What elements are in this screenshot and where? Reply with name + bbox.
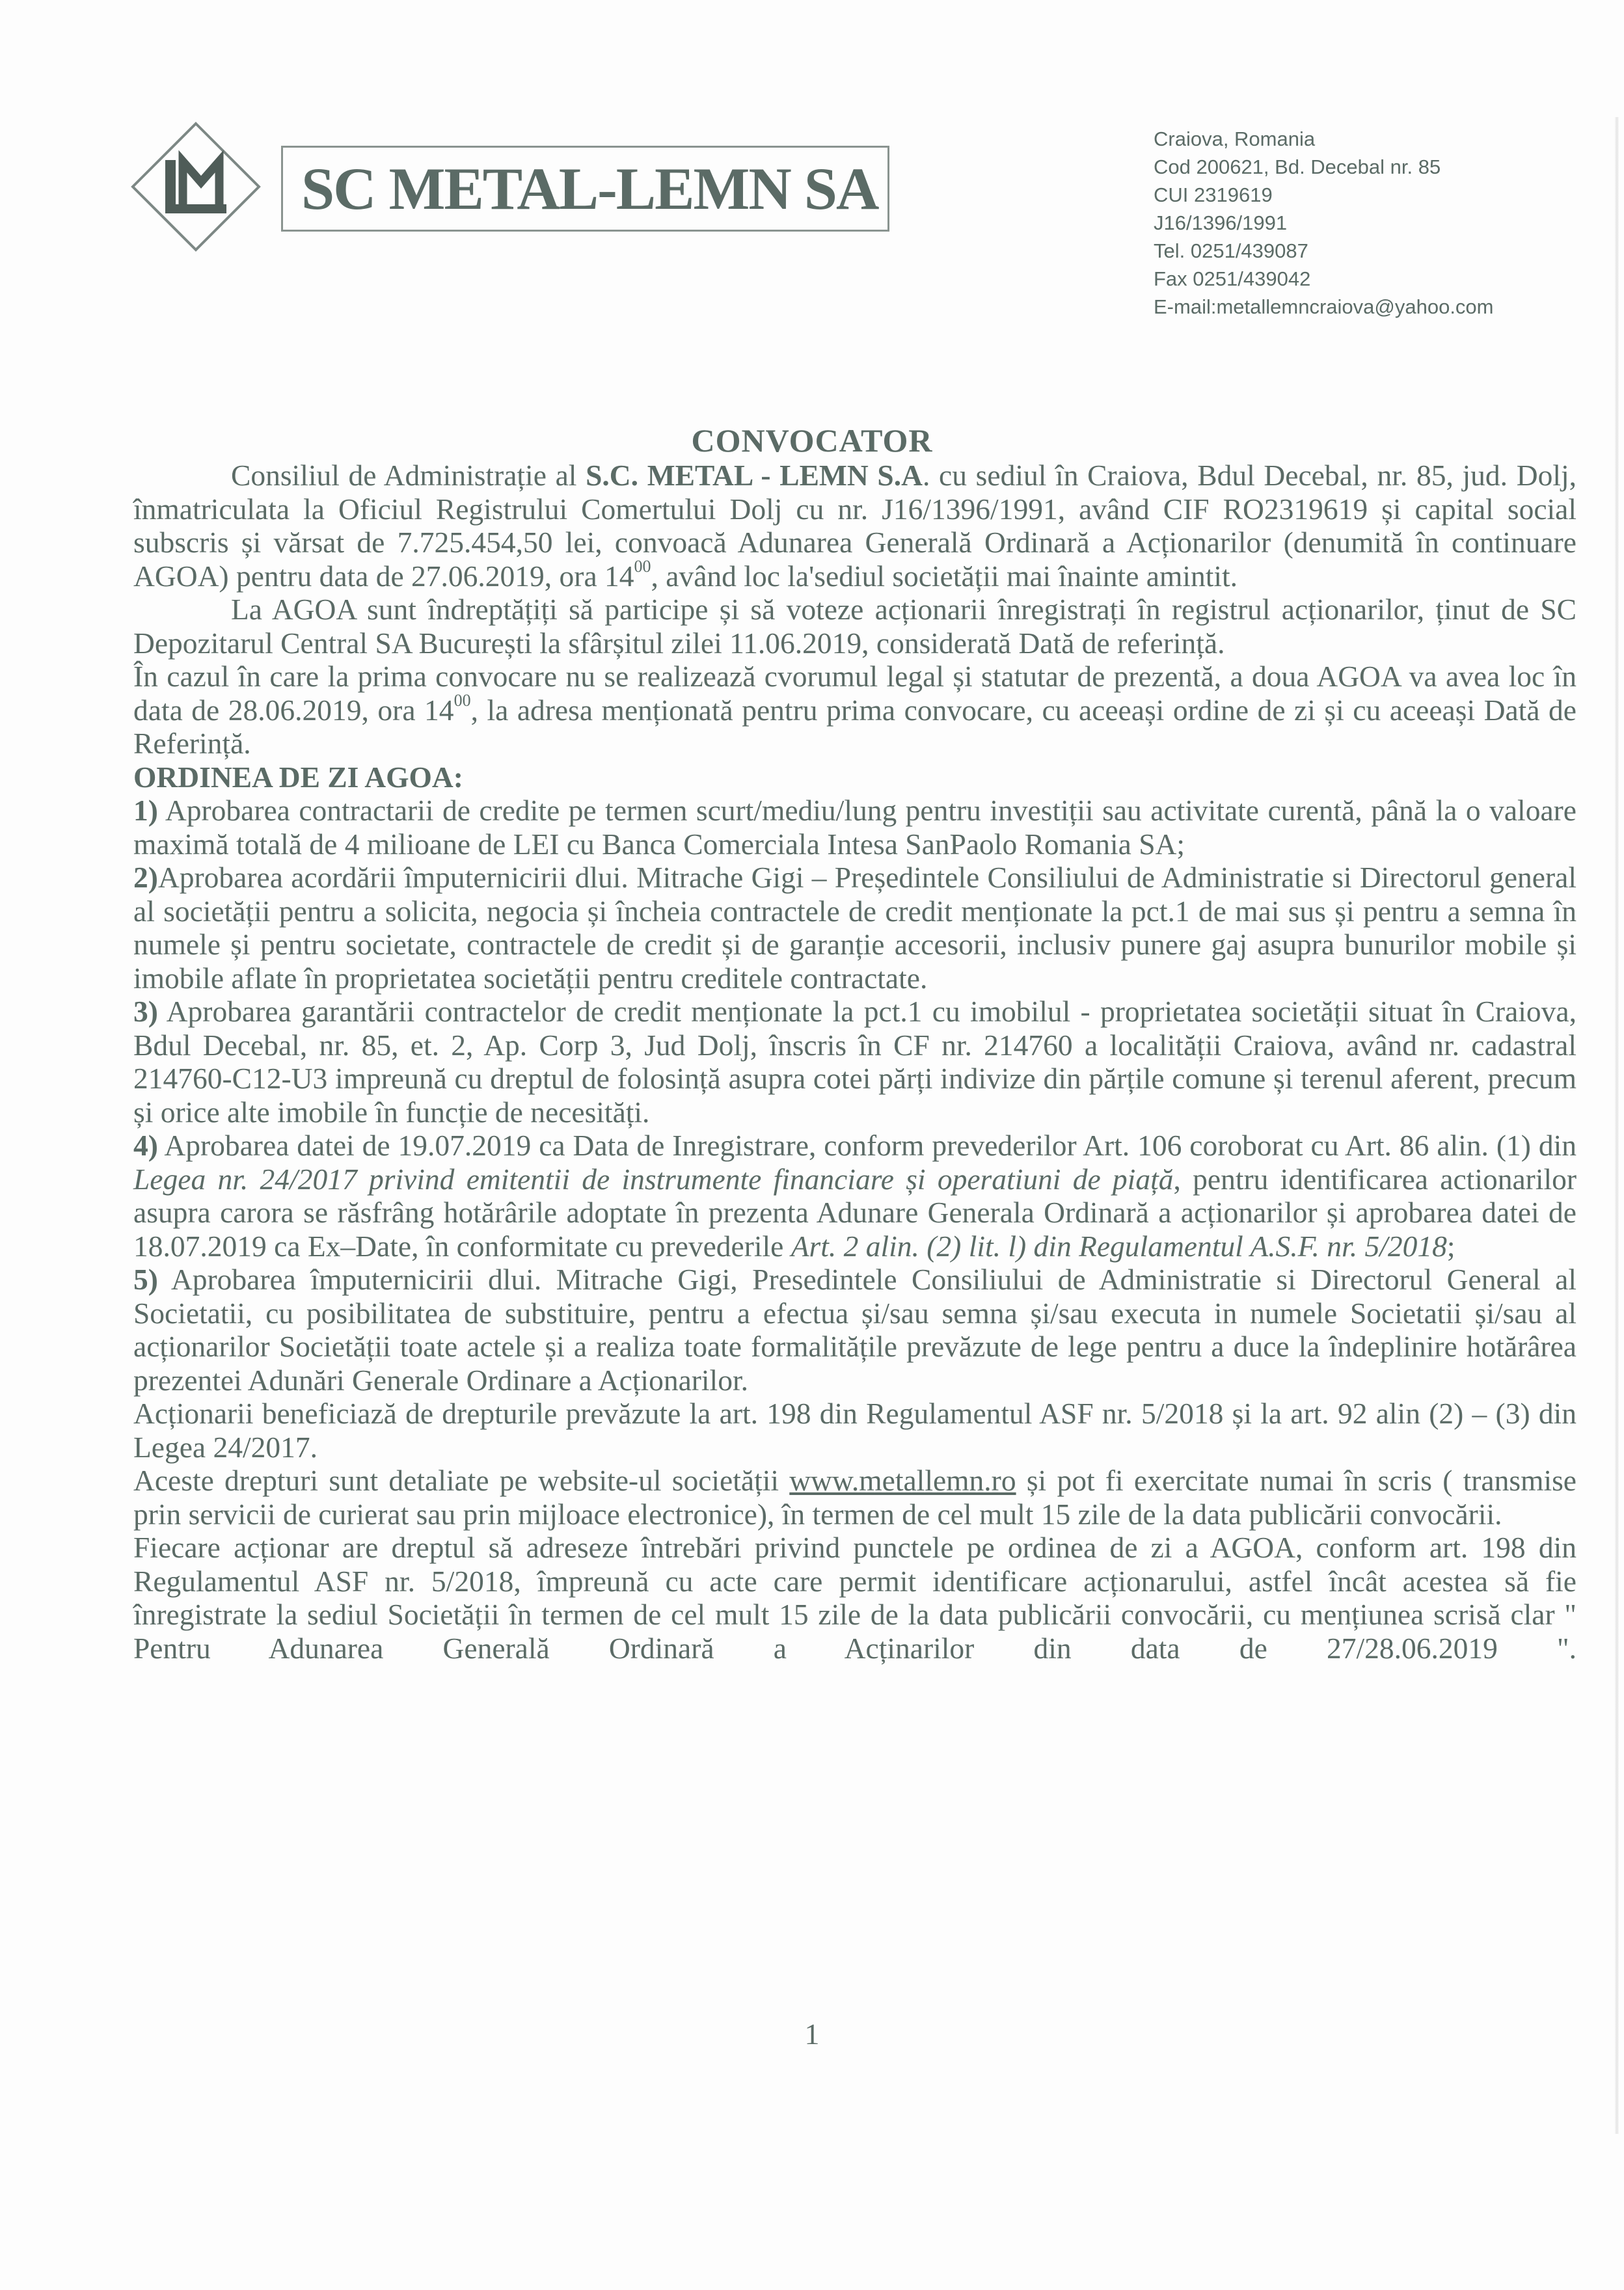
second-call-time-superscript: 00 xyxy=(454,691,471,710)
contact-city: Craiova, Romania xyxy=(1154,125,1494,153)
rights-paragraph: Acționarii beneficiază de drepturile pre… xyxy=(133,1397,1577,1464)
scan-edge-shadow xyxy=(1615,117,1619,2134)
intro-company-name: S.C. METAL - LEMN S.A xyxy=(586,459,923,492)
agenda-item-number: 2) xyxy=(133,861,158,894)
company-logo xyxy=(128,118,264,255)
agenda-item-number: 5) xyxy=(133,1263,158,1296)
contact-fax: Fax 0251/439042 xyxy=(1154,265,1494,293)
agenda-item-number: 4) xyxy=(133,1129,158,1162)
questions-paragraph: Fiecare acționar are dreptul să adreseze… xyxy=(133,1531,1577,1665)
document-title: CONVOCATOR xyxy=(0,422,1624,459)
contact-registry: J16/1396/1991 xyxy=(1154,209,1494,237)
intro-text-1: Consiliul de Administrație al xyxy=(231,459,586,492)
agenda-item-3: 3) Aprobarea garantării contractelor de … xyxy=(133,995,1577,1129)
agenda-item-text: Aprobarea împuternicirii dlui. Mitrache … xyxy=(133,1263,1577,1397)
lm-diamond-logo-icon xyxy=(128,118,264,255)
contact-block: Craiova, Romania Cod 200621, Bd. Decebal… xyxy=(1154,125,1494,321)
company-name: SC METAL-LEMN SA xyxy=(301,154,878,223)
website-link[interactable]: www.metallemn.ro xyxy=(789,1464,1016,1497)
contact-phone: Tel. 0251/439087 xyxy=(1154,237,1494,265)
agenda-item-4: 4) Aprobarea datei de 19.07.2019 ca Data… xyxy=(133,1129,1577,1263)
intro-time-superscript: 00 xyxy=(634,557,651,576)
law-reference: Legea nr. 24/2017 privind emitentii de i… xyxy=(133,1163,1173,1196)
document-body: Consiliul de Administrație al S.C. METAL… xyxy=(133,459,1577,1665)
agenda-item-text: Aprobarea acordării împuternicirii dlui.… xyxy=(133,861,1577,995)
company-name-box: SC METAL-LEMN SA xyxy=(281,146,889,232)
agenda-heading: ORDINEA DE ZI AGOA: xyxy=(133,761,1577,794)
intro-text-3: , având loc la'sediul societății mai îna… xyxy=(651,559,1238,593)
website-paragraph: Aceste drepturi sunt detaliate pe websit… xyxy=(133,1464,1577,1531)
contact-cui: CUI 2319619 xyxy=(1154,181,1494,209)
second-call-paragraph: În cazul în care la prima convocare nu s… xyxy=(133,660,1577,761)
agenda-item-5: 5) Aprobarea împuternicirii dlui. Mitrac… xyxy=(133,1263,1577,1397)
agenda-item-text: Aprobarea datei de 19.07.2019 ca Data de… xyxy=(158,1129,1577,1162)
agenda-item-text: Aprobarea garantării contractelor de cre… xyxy=(133,995,1577,1129)
eligibility-paragraph: La AGOA sunt îndreptățiți să participe ș… xyxy=(133,593,1577,660)
agenda-item-2: 2)Aprobarea acordării împuternicirii dlu… xyxy=(133,861,1577,995)
intro-paragraph: Consiliul de Administrație al S.C. METAL… xyxy=(133,459,1577,593)
agenda-item-text: Aprobarea contractarii de credite pe ter… xyxy=(133,794,1577,861)
agenda-heading-text: ORDINEA DE ZI AGOA: xyxy=(133,761,463,794)
agenda-item-1: 1) Aprobarea contractarii de credite pe … xyxy=(133,794,1577,861)
regulation-reference: Art. 2 alin. (2) lit. l) din Regulamentu… xyxy=(791,1230,1447,1263)
contact-address: Cod 200621, Bd. Decebal nr. 85 xyxy=(1154,153,1494,181)
contact-email: E-mail:metallemncraiova@yahoo.com xyxy=(1154,293,1494,321)
website-text-1: Aceste drepturi sunt detaliate pe websit… xyxy=(133,1464,789,1497)
agenda-item-number: 1) xyxy=(133,794,158,827)
page-number: 1 xyxy=(0,2017,1624,2051)
agenda-item-text: ; xyxy=(1447,1230,1455,1263)
agenda-item-number: 3) xyxy=(133,995,158,1028)
